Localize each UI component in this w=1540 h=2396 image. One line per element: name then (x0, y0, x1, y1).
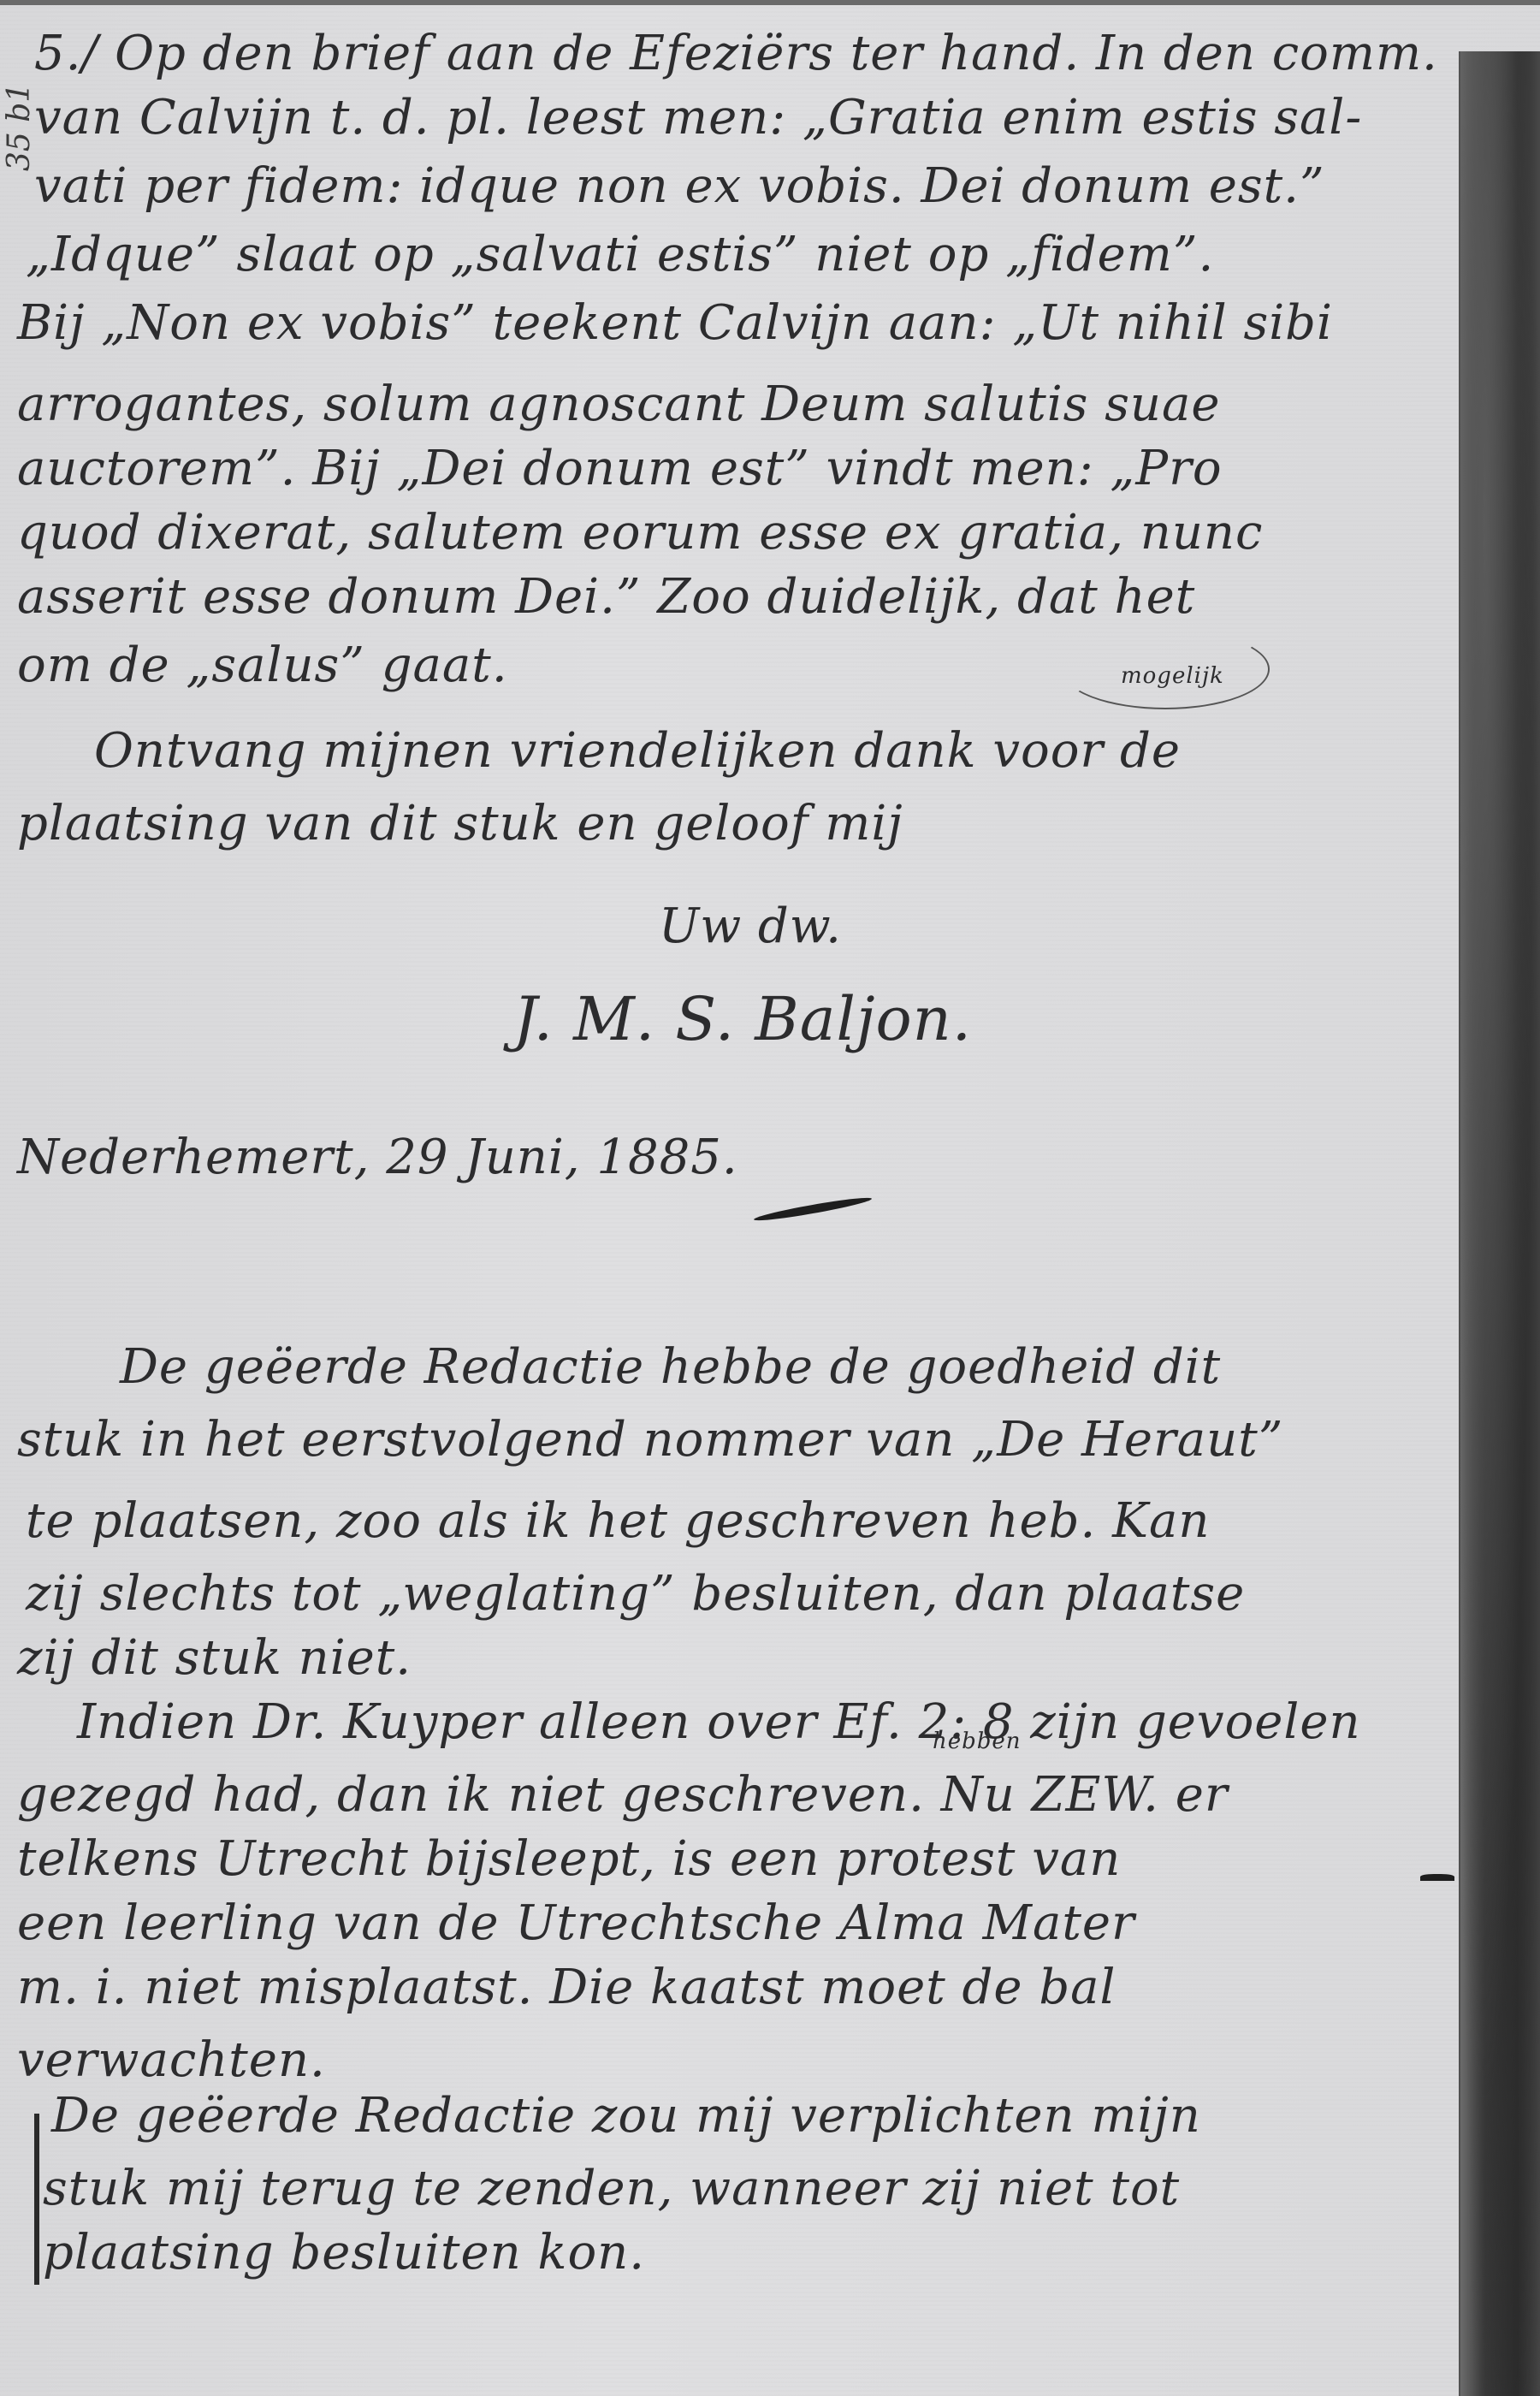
margin-side-bar (34, 2114, 39, 2285)
text-line: Bij „Non ex vobis” teekent Calvijn aan: … (17, 295, 1333, 351)
text-line: telkens Utrecht bijsleept, is een protes… (17, 1831, 1121, 1887)
text-line: te plaatsen, zoo als ik het geschreven h… (26, 1493, 1210, 1549)
text-line: stuk mij terug te zenden, wanneer zij ni… (43, 2161, 1180, 2216)
text-line: 5./ Op den brief aan de Efeziërs ter han… (34, 26, 1438, 81)
text-line: een leerling van de Utrechtsche Alma Mat… (17, 1895, 1135, 1951)
interlinear-note: mogelijk (1121, 663, 1224, 689)
text-line: arrogantes, solum agnoscant Deum salutis… (17, 377, 1221, 432)
text-line: asserit esse donum Dei.” Zoo duidelijk, … (17, 569, 1195, 625)
signature: J. M. S. Baljon. (513, 984, 972, 1054)
margin-bracket-mark (1420, 1874, 1454, 1881)
text-line: m. i. niet misplaatst. Die kaatst moet d… (17, 1960, 1116, 2015)
text-line: De geëerde Redactie hebbe de goedheid di… (120, 1339, 1221, 1395)
text-line: „Idque” slaat op „salvati estis” niet op… (26, 227, 1214, 282)
text-line: quod dixerat, salutem eorum esse ex grat… (17, 505, 1263, 560)
margin-annotation: 35 b1 (2, 83, 37, 171)
text-line: van Calvijn t. d. pl. leest men: „Gratia… (34, 90, 1362, 145)
text-line: verwachten. (17, 2032, 326, 2088)
text-line: vati per fidem: idque non ex vobis. Dei … (34, 158, 1325, 214)
interlinear-note: hebben (933, 1729, 1022, 1754)
place-date: Nederhemert, 29 Juni, 1885. (17, 1130, 738, 1185)
page-top-edge (0, 0, 1540, 5)
text-line: zij dit stuk niet. (17, 1630, 412, 1686)
text-line: plaatsing besluiten kon. (43, 2225, 645, 2280)
text-line: Ontvang mijnen vriendelijken dank voor d… (94, 723, 1181, 779)
text-line: stuk in het eerstvolgend nommer van „De … (17, 1412, 1283, 1468)
text-line: om de „salus” gaat. (17, 638, 508, 693)
text-line: gezegd had, dan ik niet geschreven. Nu Z… (17, 1767, 1229, 1823)
text-line: De geëerde Redactie zou mij verplichten … (51, 2088, 1201, 2144)
text-line: plaatsing van dit stuk en geloof mij (17, 796, 903, 851)
torn-dark-edge (1459, 51, 1540, 2396)
text-line: Indien Dr. Kuyper alleen over Ef. 2: 8 z… (77, 1694, 1361, 1750)
text-line: auctorem”. Bij „Dei donum est” vindt men… (17, 441, 1223, 496)
valediction: Uw dw. (659, 898, 842, 954)
text-line: zij slechts tot „weglating” besluiten, d… (26, 1566, 1245, 1622)
